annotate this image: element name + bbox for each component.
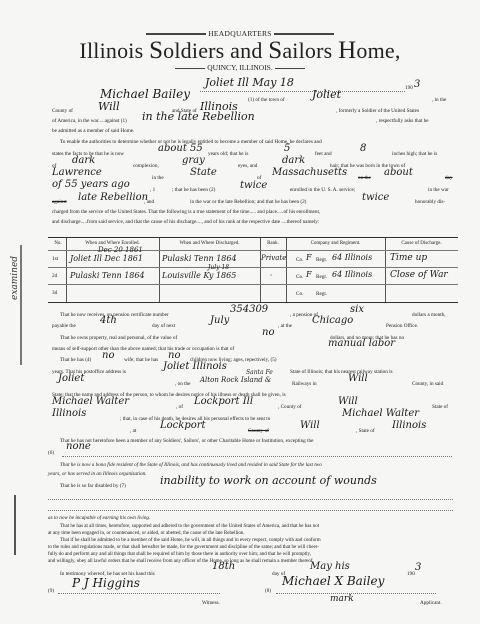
row2-discharged: Louisville Ky 1865 <box>162 271 236 280</box>
one-label: , 1 <box>150 187 155 193</box>
feet-value: 5 <box>284 143 290 154</box>
title-part: ailors <box>282 38 338 63</box>
birth-state-value: Massachusetts <box>272 167 347 178</box>
has-label: That he has (4) <box>60 357 91 363</box>
effects-town: Lockport <box>160 420 206 431</box>
birth-about-value: about <box>384 167 413 178</box>
applicant-label: Applicant. <box>420 600 442 606</box>
occupation-value: manual labor <box>328 338 395 349</box>
applicant-name: Michael Bailey <box>100 87 190 101</box>
oath-p2c: fully do and perform any and all things … <box>48 552 311 557</box>
age-value: about 55 <box>158 143 203 154</box>
sig-year-suffix: 3 <box>415 562 421 573</box>
effects-name: Michael Walter <box>342 408 419 419</box>
title-part: H <box>338 37 356 64</box>
location-label: QUINCY, ILLINOIS. <box>207 63 272 72</box>
railways-value: Alton Rock Island & <box>200 376 271 384</box>
feet-and-text: feet and <box>315 151 332 157</box>
margin-rule <box>20 245 22 365</box>
year-suffix: 3 <box>414 79 420 90</box>
witness-label: Witness. <box>202 600 220 606</box>
title-part: Illinois <box>79 38 149 63</box>
railways-in-text: Railways in <box>292 381 317 387</box>
row2-cause: Close of War <box>390 270 448 280</box>
row2-regt-label: Regt. <box>316 274 327 280</box>
witness-line <box>58 593 220 594</box>
railways-note: Santa Fe <box>246 369 273 376</box>
notice-county: Will <box>338 396 358 407</box>
witness-signature: P J Higgins <box>72 576 140 590</box>
residency-text2: years, or has served in an Illinois orga… <box>48 471 147 477</box>
margin-note: examined <box>10 256 20 300</box>
date-underline <box>200 91 405 92</box>
in-the-war-text: in the war <box>428 187 449 193</box>
location-heading: QUINCY, ILLINOIS. <box>0 63 480 72</box>
at-the-text: , at the <box>278 323 292 329</box>
and-label: , and <box>144 199 154 205</box>
state-of-il-text: State of Illinois; that his nearest rail… <box>290 369 393 375</box>
oath-p1b: at any time been engaged in, or countena… <box>48 531 245 536</box>
membership-num: (6) <box>48 450 54 456</box>
state-of-label: State of <box>432 404 448 410</box>
service-record-table: No. When and Where Enrolled. When and Wh… <box>48 237 458 303</box>
in-the-label: in the <box>152 175 164 181</box>
year-prefix: 190 <box>405 85 413 91</box>
row1-co-label: Co. <box>296 257 303 263</box>
birth-when-value: of 55 years ago <box>52 179 130 190</box>
row1-no: 1st <box>52 256 58 262</box>
membership-text: That he has not heretofore been a member… <box>60 438 313 444</box>
row2-no: 2d <box>52 273 57 279</box>
pension-month: July <box>210 315 229 326</box>
birth-town-value: Lawrence <box>52 167 102 178</box>
pension-amount: six <box>350 304 364 315</box>
children-value: no <box>168 350 180 361</box>
applicant-num: (8) <box>265 588 271 594</box>
pension-office-text: Pension Office. <box>386 323 418 329</box>
oath-p2a: That if he shall be admitted to be a mem… <box>60 538 321 543</box>
application-document: examined HEADQUARTERS Illinois Soldiers … <box>0 0 480 624</box>
mark-label: mark <box>330 594 354 604</box>
row1-enrolled: Joliet Ill Dec 1861 <box>70 254 143 263</box>
header-discharged: When and Where Discharged. <box>159 241 260 246</box>
inches-high-text: inches high; that he is <box>392 151 437 157</box>
row2-discharged-note: July 18 <box>208 264 229 271</box>
enrolled-label: ; that he has been (2) <box>172 187 215 193</box>
dollars-month-text: dollars a month, <box>412 312 446 318</box>
pension-day: 4th <box>100 315 117 326</box>
notice-state: Illinois <box>52 408 86 419</box>
town-label: (1) of the town of <box>248 97 285 103</box>
row2-co-label: Co. <box>296 274 303 280</box>
county-of-label: , County of <box>278 404 302 410</box>
effects-state: Illinois <box>392 420 426 431</box>
war-or-late-text: in the war or the late Rebellion; and th… <box>190 199 306 205</box>
times-discharged: twice <box>362 192 389 203</box>
wife-value: no <box>102 350 114 361</box>
row3-co-label: Co. <box>296 291 303 297</box>
residency-text1: That he is now a bona fide resident of t… <box>60 462 322 468</box>
title-part: oldiers and <box>163 38 268 63</box>
charged-text: charged from the service of the United S… <box>52 209 320 215</box>
header-no: No. <box>50 241 66 246</box>
oath-p1a: That he has at all times, heretofore, su… <box>60 524 319 529</box>
discharge-text: and discharge.....from said service, and… <box>52 219 319 225</box>
war2-value: late Rebellion <box>78 192 148 203</box>
testimony-day: 18th <box>212 561 235 572</box>
row3-no: 3d <box>52 290 57 296</box>
header-rank: Rank. <box>260 241 286 246</box>
row2-rank: " <box>270 274 272 280</box>
complexion-label: complexion, <box>133 163 159 169</box>
row2-regiment: 64 Illinois <box>332 270 372 279</box>
occupation-text: means of self-support other than the abo… <box>52 346 234 352</box>
admitted-text: be admitted as a member of said Home. <box>52 128 134 134</box>
honorably-text: honorably dis- <box>415 199 445 205</box>
complexion-value: dark <box>72 155 95 166</box>
row1-regiment: 64 Illinois <box>332 253 372 262</box>
row1-company: F <box>306 253 312 262</box>
town-value: Joliet <box>312 88 341 101</box>
row1-cause: Time up <box>390 253 427 263</box>
sig-year-prefix: 190 <box>407 571 415 577</box>
oath-p2d: and willingly, obey all lawful orders th… <box>48 559 314 564</box>
row2-company: F <box>306 270 312 279</box>
header-company-regiment: Company and Regiment. <box>286 241 385 246</box>
county-label: County of <box>52 108 73 114</box>
effects-county: Will <box>300 420 320 431</box>
margin-rule <box>14 495 16 555</box>
oath-p2b: to the rules and regulations made, or th… <box>48 545 319 550</box>
county-in-said-text: County, in said <box>412 381 443 387</box>
applicant-signature: Michael X Bailey <box>282 574 384 588</box>
row1-enrolled-note: Dec 20 1861 <box>98 246 143 254</box>
war-label: of America, in the war.....against (1) <box>52 118 127 124</box>
day-of-next-text: day of next <box>152 323 175 329</box>
postoffice-value: Joliet Illinois <box>163 361 227 372</box>
asks-text: , respectfully asks that he <box>376 118 429 124</box>
station-value: Joliet <box>58 373 84 384</box>
place-date: Joliet Ill May 18 <box>205 76 294 89</box>
state-of2-label: , State of <box>356 428 375 434</box>
on-the-label: on the <box>358 175 371 181</box>
property-text: That he owns property, real and personal… <box>60 335 177 341</box>
inches-value: 8 <box>360 143 366 154</box>
county-value: Will <box>98 100 120 113</box>
disability-closing: as to now be incapable of earning his ow… <box>48 515 150 521</box>
testimony-month: May his <box>310 561 350 572</box>
membership-value: none <box>66 441 91 452</box>
station-county: Will <box>348 373 368 384</box>
title-part: S <box>268 37 282 64</box>
witness-num: (9) <box>48 588 54 594</box>
against-label: against <box>52 199 67 205</box>
times-enrolled: twice <box>240 180 267 191</box>
eyes-label: eyes, and <box>238 163 257 169</box>
title-part: ome, <box>356 38 400 63</box>
enrolled-text: enrolled in the U. S. A. service; <box>290 187 355 193</box>
county-of2-label: County of <box>248 428 269 434</box>
on-the-text: , on the <box>175 381 190 387</box>
birth-state-word: State <box>190 167 217 178</box>
hair-value: dark <box>282 155 305 166</box>
blank-line <box>48 510 453 511</box>
of-label: , of <box>176 404 183 410</box>
row1-discharged: Pulaski Tenn 1864 <box>162 254 237 263</box>
in-the-text: , in the <box>432 97 446 103</box>
wife-label: wife; that he has <box>124 357 158 363</box>
war-value: in the late Rebellion <box>142 110 255 123</box>
institution-title: Illinois Soldiers and Sailors Home, <box>0 37 480 65</box>
row1-rank: Private <box>261 254 286 262</box>
pension-certificate: 354309 <box>230 304 268 315</box>
years-old-text: years old; that he is <box>208 151 248 157</box>
disability-value: inability to work on account of wounds <box>160 474 377 487</box>
membership-underline <box>62 456 452 457</box>
eyes-value: gray <box>182 155 205 166</box>
header-cause: Cause of Discharge. <box>385 241 458 246</box>
title-part: S <box>149 37 163 64</box>
pension-office-city: Chicago <box>312 315 353 326</box>
at-label: , at <box>130 428 136 434</box>
day-label: day <box>445 175 453 181</box>
blank-line <box>48 499 453 500</box>
applicant-line <box>276 593 436 594</box>
payable-text: payable the <box>52 323 76 329</box>
property-value: no <box>262 327 274 338</box>
row3-regt-label: Regt. <box>316 291 327 297</box>
row2-enrolled: Pulaski Tenn 1864 <box>70 271 145 280</box>
disability-label: That he is so far disabled by (7) <box>60 483 126 489</box>
formerly-text: , formerly a Soldier of the United State… <box>336 108 419 114</box>
notice-town: Lockport Ill <box>194 396 253 407</box>
notice-name: Michael Walter <box>52 396 129 407</box>
row1-regt-label: Regt. <box>316 257 327 263</box>
